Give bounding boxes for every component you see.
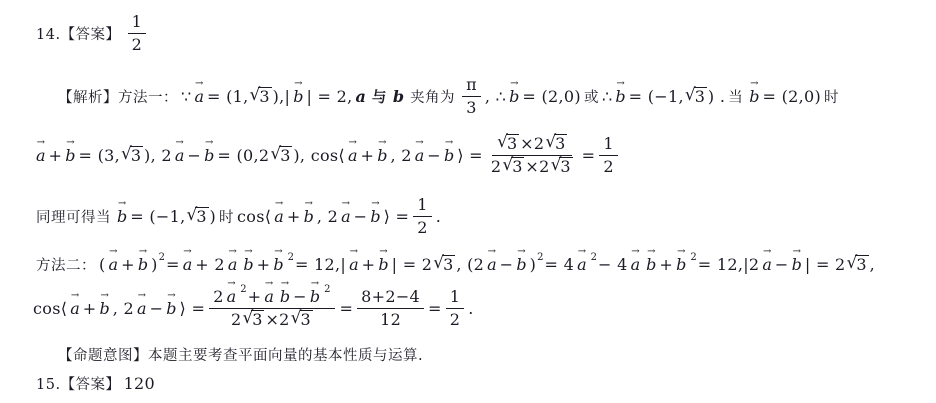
math-run: − (150, 299, 164, 318)
vector-arrow-icon: → (167, 291, 175, 301)
sqrt-radical: √3 (685, 87, 707, 106)
vector-b: →b (292, 87, 304, 106)
fraction-denominator: 2 (599, 156, 617, 177)
text-run: 14.【答案】 (36, 23, 121, 44)
text-run: 时 (824, 86, 839, 107)
method-2-line: 方法二：(→a+→b)2=→a+ 2→a→b+→b2= 12,|→a+→b| =… (33, 254, 936, 275)
vector-b: →b (303, 207, 315, 226)
radicand: 3 (251, 310, 264, 329)
sqrt-radical: √3 (551, 157, 573, 176)
vector-arrow-icon: → (488, 247, 496, 257)
math-run: + (362, 255, 376, 274)
math-run: ∵ (181, 87, 191, 106)
vector-a: →a (35, 146, 47, 165)
solution-document: 14.【答案】12【解析】方法一：∵→a= (1,√3),|→b| = 2,a与… (0, 0, 936, 403)
math-run: 1 (417, 195, 427, 215)
vector-a: →a (263, 287, 275, 307)
math-run: − (187, 146, 201, 165)
math-run: = (0,2 (217, 146, 269, 165)
radicand: 3 (506, 134, 519, 153)
vector-arrow-icon: → (371, 199, 379, 209)
math-run: − (500, 255, 514, 274)
vector-arrow-icon: → (195, 79, 203, 89)
sqrt-radical: √3 (497, 134, 519, 153)
superscript: 2 (288, 252, 294, 263)
math-run: | = 2 (805, 255, 846, 274)
math-run: 2 (213, 287, 223, 307)
math-var-bold: b (393, 87, 404, 106)
vector-a: →a (414, 146, 426, 165)
math-run: = (428, 299, 442, 318)
math-run: 1 (450, 287, 460, 307)
math-run: − (293, 287, 307, 307)
vector-b: →b (309, 287, 321, 307)
text-run: 或 (584, 86, 599, 107)
math-run: , 2 (390, 146, 411, 165)
fraction: 12 (413, 195, 431, 238)
fraction-numerator: 1 (599, 134, 617, 156)
vector-arrow-icon: → (517, 247, 525, 257)
superscript: 2 (537, 252, 543, 263)
vector-a: →a (69, 299, 81, 318)
vector-a: →a (347, 146, 359, 165)
math-run: ), (273, 87, 285, 106)
vector-a: →a (193, 87, 205, 106)
vector-arrow-icon: → (294, 79, 302, 89)
radicand: 3 (855, 255, 868, 274)
fraction-numerator: 1 (413, 195, 431, 217)
answer-line-14: 14.【答案】12 (33, 12, 936, 55)
vector-a: →a (182, 255, 194, 274)
fraction-denominator: 2 (446, 309, 464, 330)
vector-b: →b (64, 146, 76, 165)
math-run: | (285, 87, 291, 106)
vector-arrow-icon: → (379, 247, 387, 257)
math-run: cos⟨ (237, 207, 271, 226)
math-run: = (−1, (130, 207, 185, 226)
vector-arrow-icon: → (265, 279, 273, 289)
vector-a: →a (630, 255, 642, 274)
vector-b: →b (443, 146, 455, 165)
vector-arrow-icon: → (304, 199, 312, 209)
fraction: π3 (462, 75, 481, 118)
vector-a: →a (136, 299, 148, 318)
sqrt-radical: √3 (545, 134, 567, 153)
vector-arrow-icon: → (750, 79, 758, 89)
math-run: ×2 (525, 157, 549, 177)
math-run: = (2,0) (763, 87, 822, 106)
superscript: 2 (240, 284, 246, 297)
radicand: 3 (258, 87, 271, 106)
vector-b: →b (279, 287, 291, 307)
fraction-denominator: 12 (376, 309, 405, 330)
vector-arrow-icon: → (274, 247, 282, 257)
radicand: 3 (195, 207, 208, 226)
text-run: 夹角为 (410, 86, 455, 107)
vector-b: →b (116, 207, 128, 226)
vector-b: →b (645, 255, 657, 274)
vector-arrow-icon: → (109, 247, 117, 257)
vector-arrow-icon: → (578, 247, 586, 257)
math-run: 2 (491, 157, 501, 177)
math-run: ( (99, 255, 106, 274)
sqrt-radical: √3 (121, 146, 143, 165)
math-run: ) (151, 255, 158, 274)
radicand: 3 (130, 146, 143, 165)
sqrt-radical: √3 (270, 146, 292, 165)
math-run: . (468, 299, 473, 318)
math-run: 2 (417, 218, 427, 238)
math-run: 3 (466, 98, 476, 118)
vector-a: →a (576, 255, 588, 274)
vector-arrow-icon: → (510, 79, 518, 89)
math-run: + (659, 255, 673, 274)
math-run: = (3, (79, 146, 121, 165)
text-run: 方法二： (36, 254, 96, 275)
vector-arrow-icon: → (205, 138, 213, 148)
math-run: + 2 (195, 255, 225, 274)
math-run: + (360, 146, 374, 165)
math-run: = (−1, (629, 87, 684, 106)
vector-a: →a (226, 287, 238, 307)
analysis-method-1-line: 【解析】方法一：∵→a= (1,√3),|→b| = 2,a与b夹角为π3, ∴… (55, 75, 936, 118)
vector-arrow-icon: → (342, 199, 350, 209)
fraction: 8+2−412 (357, 287, 424, 330)
vector-arrow-icon: → (37, 138, 45, 148)
vector-arrow-icon: → (138, 291, 146, 301)
math-run: ×2 (265, 310, 289, 330)
math-run: ⟩ = (457, 146, 483, 165)
vector-arrow-icon: → (378, 138, 386, 148)
superscript: 2 (159, 252, 165, 263)
vector-arrow-icon: → (100, 291, 108, 301)
vector-arrow-icon: → (616, 79, 624, 89)
vector-arrow-icon: → (244, 247, 252, 257)
fraction: √3×2√32√3×2√3 (487, 134, 578, 177)
vector-b: →b (508, 87, 520, 106)
vector-b: →b (242, 255, 254, 274)
radicand: 3 (694, 87, 707, 106)
text-run: 同理可得当 (36, 206, 111, 227)
fraction-numerator: 8+2−4 (357, 287, 424, 309)
math-run: = (339, 299, 353, 318)
fraction-numerator: 2→a2+→a→b−→b2 (209, 287, 335, 309)
math-run: ⟩ = (180, 299, 206, 318)
vector-arrow-icon: → (175, 138, 183, 148)
math-run: = 4 (545, 255, 575, 274)
fraction: 12 (599, 134, 617, 177)
radicand: 3 (300, 310, 313, 329)
fraction: 12 (128, 12, 146, 55)
sqrt-radical: √3 (186, 207, 208, 226)
math-run: ), 2 (144, 146, 172, 165)
math-run: ), cos⟨ (293, 146, 345, 165)
sqrt-radical: √3 (847, 255, 869, 274)
vector-arrow-icon: → (118, 199, 126, 209)
math-run: 1 (603, 134, 613, 154)
vector-arrow-icon: → (445, 138, 453, 148)
vector-arrow-icon: → (763, 247, 771, 257)
vector-arrow-icon: → (647, 247, 655, 257)
math-run: , 2 (317, 207, 338, 226)
math-run: = 12, (698, 255, 743, 274)
math-run: ) (530, 255, 537, 274)
superscript: 2 (324, 284, 330, 297)
vector-arrow-icon: → (677, 247, 685, 257)
radicand: 3 (511, 157, 524, 176)
vector-b: →b (369, 207, 381, 226)
math-run: ⟩ = (384, 207, 410, 226)
vector-b: →b (165, 299, 177, 318)
math-run: + (287, 207, 301, 226)
math-run: |2 (743, 255, 759, 274)
vector-b: →b (377, 255, 389, 274)
vector-arrow-icon: → (275, 199, 283, 209)
math-run: = (1, (207, 87, 249, 106)
vector-a: →a (108, 255, 120, 274)
vector-b: →b (748, 87, 760, 106)
math-run: π (466, 75, 477, 95)
math-run: 120 (124, 374, 155, 393)
math-run: , 2 (113, 299, 134, 318)
fraction-numerator: 1 (128, 12, 146, 34)
fraction-denominator: 2√3×2√3 (487, 156, 578, 177)
fraction-numerator: π (462, 75, 481, 97)
math-run: | = 2 (392, 255, 433, 274)
vector-b: →b (203, 146, 215, 165)
vector-a: →a (227, 255, 239, 274)
vector-arrow-icon: → (415, 138, 423, 148)
vector-a: →a (273, 207, 285, 226)
sqrt-radical: √3 (502, 157, 524, 176)
math-run: , ∴ (485, 87, 506, 106)
vector-a: →a (486, 255, 498, 274)
math-run: ∴ (602, 87, 612, 106)
superscript: 2 (591, 252, 597, 263)
text-run: 15.【答案】 (36, 373, 121, 394)
vector-a: →a (348, 255, 360, 274)
math-run: + (83, 299, 97, 318)
math-var-bold: a (356, 87, 366, 106)
fraction: 12 (446, 287, 464, 330)
math-run: − (775, 255, 789, 274)
vector-a: →a (761, 255, 773, 274)
vector-arrow-icon: → (349, 138, 357, 148)
text-run: 【命题意图】本题主要考查平面向量的基本性质与运算. (58, 344, 423, 365)
vector-b: →b (515, 255, 527, 274)
sqrt-radical: √3 (250, 87, 272, 106)
math-run: 12 (380, 310, 401, 330)
vector-arrow-icon: → (311, 279, 319, 289)
superscript: 2 (690, 252, 696, 263)
math-run: 1 (132, 12, 142, 32)
math-run: . (436, 207, 441, 226)
math-run: − (427, 146, 441, 165)
math-run: = (2,0) (522, 87, 581, 106)
vector-b: →b (791, 255, 803, 274)
vector-a: →a (340, 207, 352, 226)
math-run: + (49, 146, 63, 165)
vector-arrow-icon: → (66, 138, 74, 148)
math-run: − 4 (598, 255, 628, 274)
vector-arrow-icon: → (183, 247, 191, 257)
math-run: 2 (231, 310, 241, 330)
sqrt-radical: √3 (242, 310, 264, 329)
vector-arrow-icon: → (281, 279, 289, 289)
vector-arrow-icon: → (139, 247, 147, 257)
math-run: = (166, 255, 180, 274)
math-run: + (257, 255, 271, 274)
math-run: ) . (708, 87, 725, 106)
vector-b: →b (137, 255, 149, 274)
fraction: 2→a2+→a→b−→b22√3×2√3 (209, 287, 335, 330)
sqrt-radical: √3 (433, 255, 455, 274)
radicand: 3 (554, 134, 567, 153)
fraction-numerator: 1 (446, 287, 464, 309)
vector-arrow-icon: → (228, 247, 236, 257)
math-run: | = 2, (306, 87, 352, 106)
math-run: − (354, 207, 368, 226)
math-run: = 12, (295, 255, 340, 274)
method-1-computation-line: →a+→b= (3,√3), 2→a−→b= (0,2√3), cos⟨→a+→… (33, 134, 936, 177)
math-run: 2 (132, 35, 142, 55)
fraction-denominator: 3 (462, 97, 480, 118)
vector-b: →b (99, 299, 111, 318)
sqrt-radical: √3 (291, 310, 313, 329)
intent-line: 【命题意图】本题主要考查平面向量的基本性质与运算. (55, 344, 936, 365)
vector-arrow-icon: → (350, 247, 358, 257)
vector-b: →b (272, 255, 284, 274)
vector-arrow-icon: → (793, 247, 801, 257)
text-run: 【解析】方法一： (58, 86, 178, 107)
math-run: | (340, 255, 346, 274)
vector-b: →b (675, 255, 687, 274)
fraction-denominator: 2 (413, 217, 431, 238)
math-run: + (121, 255, 135, 274)
text-run: 时 (219, 206, 234, 227)
math-run: 2 (450, 310, 460, 330)
text-run-bold: 与 (372, 86, 387, 107)
text-run: 当 (728, 86, 743, 107)
math-run: = (582, 146, 596, 165)
math-run: + (248, 287, 262, 307)
math-run: ) (210, 207, 217, 226)
vector-b: →b (614, 87, 626, 106)
radicand: 3 (279, 146, 292, 165)
radicand: 3 (442, 255, 455, 274)
vector-arrow-icon: → (631, 247, 639, 257)
vector-arrow-icon: → (71, 291, 79, 301)
clipped-next-answer-line: 15.【答案】120 (33, 373, 936, 394)
vector-a: →a (174, 146, 186, 165)
vector-b: →b (376, 146, 388, 165)
similarly-line: 同理可得当→b= (−1,√3)时cos⟨→a+→b, 2→a−→b⟩ =12. (33, 195, 936, 238)
math-run: 2 (603, 157, 613, 177)
radicand: 3 (559, 157, 572, 176)
fraction-denominator: 2√3×2√3 (227, 309, 318, 330)
math-run: , (2 (456, 255, 484, 274)
fraction-numerator: √3×2√3 (492, 134, 572, 156)
fraction-denominator: 2 (128, 34, 146, 55)
math-run: ×2 (520, 134, 544, 154)
math-run: , (870, 255, 875, 274)
math-run: cos⟨ (33, 299, 67, 318)
vector-arrow-icon: → (227, 279, 235, 289)
method-2-computation-line: cos⟨→a+→b, 2→a−→b⟩ =2→a2+→a→b−→b22√3×2√3… (33, 287, 936, 330)
math-run: 8+2−4 (361, 287, 420, 307)
